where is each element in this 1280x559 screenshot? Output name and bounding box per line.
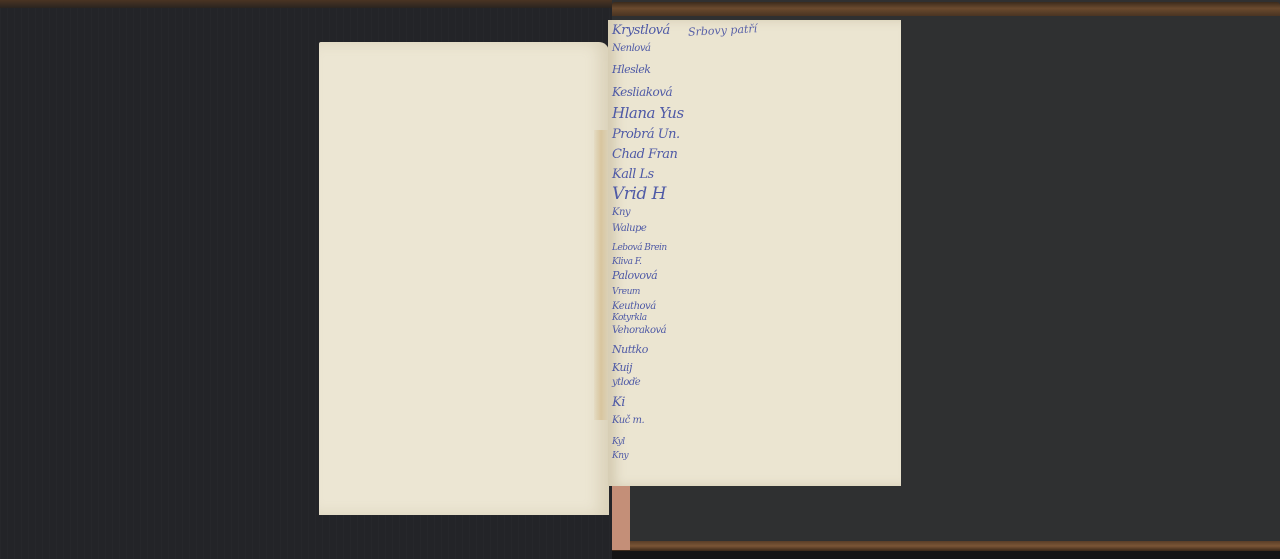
right-top-leather-edge [612, 2, 1280, 16]
sheet-stain [594, 130, 608, 420]
signature: Ki [612, 396, 742, 416]
signature: Hlana Yus [612, 106, 742, 128]
bottom-shadow [612, 551, 1280, 559]
signature: Nuttko [612, 344, 742, 362]
signature: Kny [612, 208, 742, 224]
right-bottom-leather-edge [612, 541, 1280, 551]
signature: Lebová Brein [612, 244, 742, 258]
signature: Nenlová [612, 44, 742, 64]
album-photo: Srbovy patří Krystlová Nenlová Hleslek K… [0, 0, 1280, 559]
signature: Walupe [612, 224, 742, 244]
signature: Krystlová [612, 24, 742, 44]
signature: Vreum [612, 288, 742, 302]
signature: Vehoraková [612, 326, 742, 344]
signature: Chad Fran [612, 148, 742, 168]
signature: ytloďe [612, 378, 742, 396]
left-leather-edge [0, 0, 612, 8]
signature-list: Krystlová Nenlová Hleslek Kesliaková Hla… [612, 24, 742, 466]
signature: Hleslek [612, 64, 742, 86]
signature: Kyl [612, 438, 742, 452]
signature: Probrá Un. [612, 128, 742, 148]
signature: Kuč m. [612, 416, 742, 438]
signature: Vrid H [612, 186, 742, 208]
spine-strip [612, 484, 630, 550]
signature: Palovová [612, 270, 742, 288]
signature: Kuij [612, 362, 742, 378]
signature: Kny [612, 452, 742, 466]
blank-left-sheet [319, 42, 609, 515]
signature: Kesliaková [612, 86, 742, 106]
